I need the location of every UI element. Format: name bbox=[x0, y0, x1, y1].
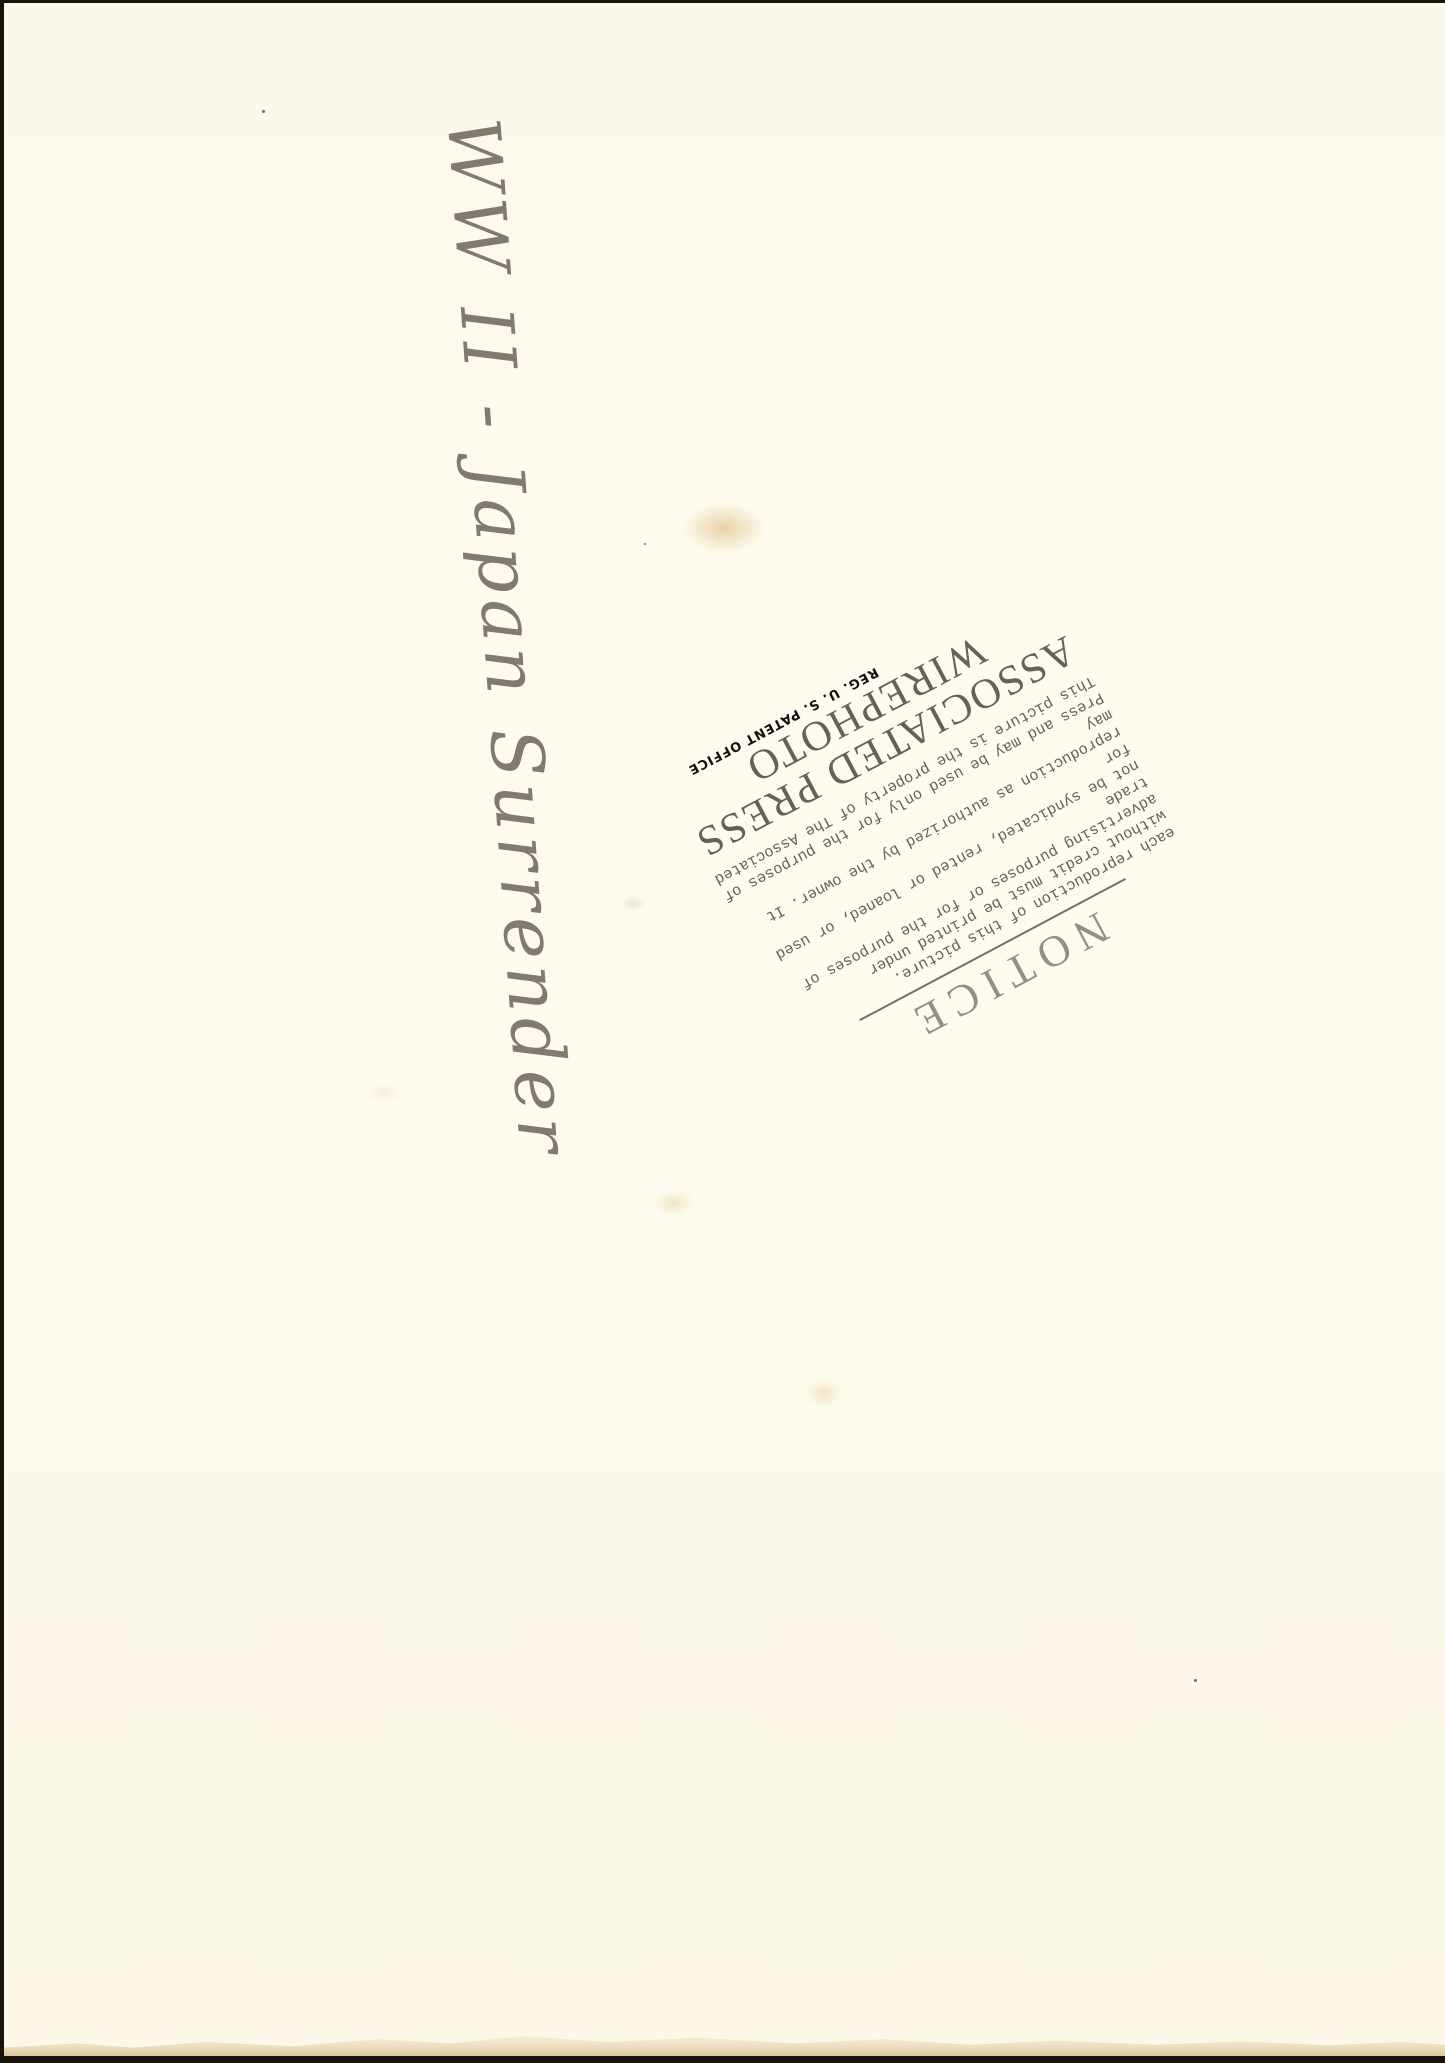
ap-wirephoto-notice-stamp: REG. U. S. PATENT OFFICE WIREPHOTO ASSOC… bbox=[659, 576, 1210, 1099]
paper-speck bbox=[1194, 1679, 1197, 1682]
water-stain bbox=[4, 2028, 1445, 2056]
paper-speck bbox=[644, 543, 646, 545]
handwritten-caption: WW II - Japan Surrender bbox=[431, 115, 588, 1161]
paper-speck bbox=[262, 110, 265, 113]
photo-back-page: WW II - Japan Surrender REG. U. S. PATEN… bbox=[4, 3, 1445, 2056]
